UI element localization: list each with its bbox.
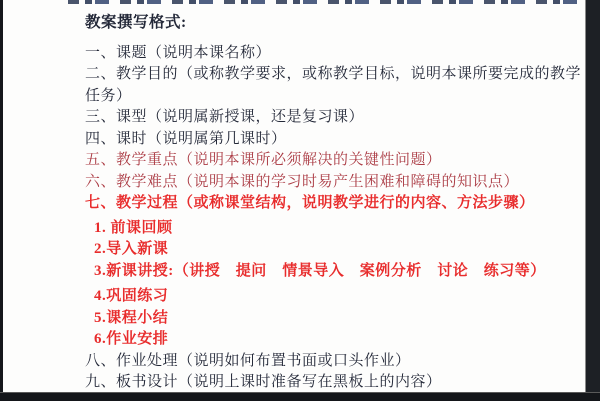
clipped-text-row	[68, 0, 578, 4]
document-page: 教案撰写格式: 一、课题（说明本课名称）二、教学目的（或称教学要求，或称教学目标…	[0, 0, 600, 401]
outline-list: 一、课题（说明本课名称）二、教学目的（或称教学要求，或称教学目标，说明本课所要完…	[85, 43, 585, 394]
outline-line: 九、板书设计（说明上课时准备写在黑板上的内容）	[85, 372, 585, 394]
outline-line: 四、课时（说明属第几课时）	[85, 129, 585, 151]
outline-line: 七、教学过程（或称课堂结构，说明教学进行的内容、方法步骤）	[85, 193, 585, 215]
right-black-edge	[585, 0, 600, 401]
document-body: 教案撰写格式: 一、课题（说明本课名称）二、教学目的（或称教学要求，或称教学目标…	[85, 12, 585, 394]
outline-line: 二、教学目的（或称教学要求，或称教学目标，说明本课所要完成的教学任务）	[85, 64, 585, 107]
outline-line: 4.巩固练习	[85, 286, 585, 308]
outline-line: 三、课型（说明属新授课，还是复习课）	[85, 107, 585, 129]
outline-line: 六、教学难点（说明本课的学习时易产生困难和障碍的知识点）	[85, 172, 585, 194]
left-black-edge	[0, 0, 3, 401]
bottom-black-edge	[0, 392, 600, 401]
outline-line: 2.导入新课	[85, 239, 585, 261]
outline-line: 一、课题（说明本课名称）	[85, 43, 585, 65]
outline-line: 八、作业处理（说明如何布置书面或口头作业）	[85, 351, 585, 373]
outline-line: 3.新课讲授:（讲授 提问 情景导入 案例分析 讨论 练习等）	[85, 261, 585, 283]
outline-line: 五、教学重点（说明本课所必须解决的关键性问题）	[85, 150, 585, 172]
outline-line: 1. 前课回顾	[85, 218, 585, 240]
outline-line: 6.作业安排	[85, 329, 585, 351]
outline-line: 5.课程小结	[85, 308, 585, 330]
page-title: 教案撰写格式:	[85, 12, 585, 34]
